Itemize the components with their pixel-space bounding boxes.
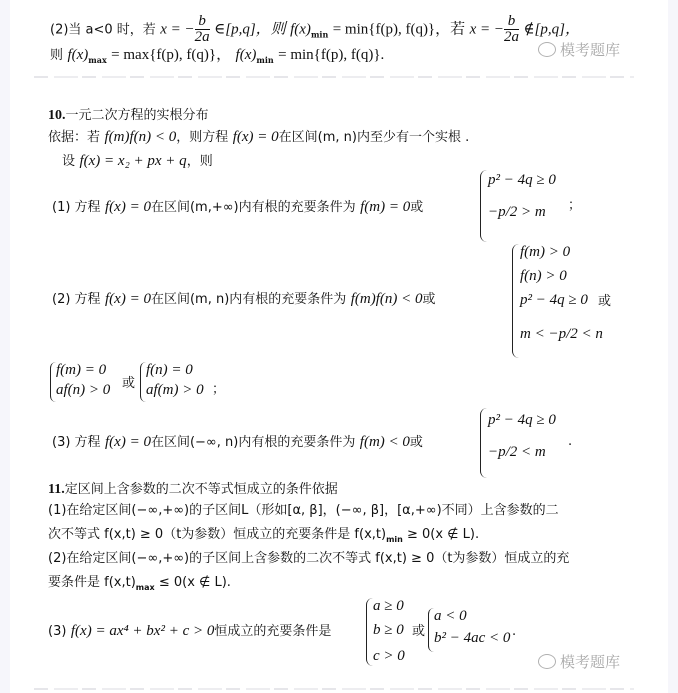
text: 次不等式 f(x,t) ≥ 0（t为参数）恒成立的充要条件是 f(x,t) [48, 527, 386, 542]
text: 在区间(m, n)内有根的充要条件为 [151, 292, 346, 307]
case-row: a ≥ 0 [373, 598, 404, 615]
text: ，则方程 [176, 130, 228, 145]
case-row: f(n) > 0 [520, 268, 567, 285]
numerator: b [195, 14, 210, 30]
section-11-item-1-line-2: 次不等式 f(x,t) ≥ 0（t为参数）恒成立的充要条件是 f(x,t)min… [48, 526, 479, 549]
case-row: f(n) = 0 [146, 362, 193, 379]
or-text: 或 [598, 292, 611, 311]
subscript: max [88, 55, 106, 65]
denominator: 2a [504, 30, 519, 45]
text: . [568, 434, 572, 449]
text: ，则 [187, 154, 213, 169]
end-punct: . [568, 432, 572, 451]
case-row: f(m) > 0 [520, 244, 570, 261]
math: f(x) = ax⁴ + bx² + c > 0 [71, 623, 215, 639]
text: (1) 方程 [52, 200, 101, 215]
math: = min{f(p), f(q)}. [278, 47, 384, 63]
math: x = − [470, 22, 504, 38]
text: (2)在给定区间(−∞,+∞)的子区间上含参数的二次不等式 f(x,t) ≥ 0… [48, 551, 569, 566]
math: f(x) [290, 22, 311, 38]
text: 在区间(−∞, n)内有根的充要条件为 [151, 435, 355, 450]
math: f(x) [236, 47, 257, 63]
text: ≥ 0(x ∉ L). [403, 527, 479, 542]
fraction: b2a [504, 14, 519, 45]
left-brace [366, 598, 373, 666]
case-row: p² − 4q ≥ 0 [488, 172, 556, 189]
case-row: p² − 4q ≥ 0 [488, 412, 556, 429]
or-text: 或 [412, 622, 425, 641]
case-row: af(n) > 0 [56, 382, 110, 399]
math: f(x) [67, 47, 88, 63]
section-title: 一元二次方程的实根分布 [66, 108, 209, 123]
math: f(m)f(n) < 0 [104, 129, 176, 145]
section-11-item-2-line-2: 要条件是 f(x,t)max ≤ 0(x ∉ L). [48, 574, 231, 597]
text: 则 [50, 48, 63, 63]
watermark-label: 模考题库 [560, 651, 620, 672]
section-10-item-1: (1) 方程 f(x) = 0在区间(m,+∞)内有根的充要条件为 f(m) =… [52, 198, 423, 217]
math: ∉[p,q]， [523, 22, 580, 38]
math: f(x) = 0 [105, 199, 151, 215]
math: f(x) = 0 [233, 129, 279, 145]
end-punct: ； [212, 380, 225, 399]
section-10-heading: 10.一元二次方程的实根分布 [48, 106, 209, 125]
wechat-icon [538, 42, 556, 57]
text: 或 [423, 292, 436, 307]
text: . [512, 624, 516, 639]
top-line-2: 则 f(x)max = max{f(p), f(q)}， f(x)min = m… [50, 46, 384, 69]
section-11-heading: 11.定区间上含参数的二次不等式恒成立的条件依据 [48, 480, 338, 499]
top-line-1: (2)当 a<0 时，若 x = −b2a ∈[p,q]，则 f(x)min =… [50, 14, 580, 45]
text: 或 [122, 376, 135, 391]
denominator: 2a [195, 30, 210, 45]
case-row: p² − 4q ≥ 0 [520, 292, 588, 309]
text: 或 [598, 294, 611, 309]
left-brace [512, 244, 519, 358]
case-row: af(m) > 0 [146, 382, 204, 399]
section-10-basis: 依据：若 f(m)f(n) < 0，则方程 f(x) = 0在区间(m, n)内… [48, 128, 469, 147]
text: 或 [412, 624, 425, 639]
math: = max{f(p), f(q)}， [111, 47, 231, 63]
math: f(x) = x₂ + px + q [79, 153, 186, 169]
subscript: min [256, 55, 273, 65]
math: x = − [160, 22, 194, 38]
case-row: a < 0 [434, 608, 467, 625]
math: f(x) = 0 [105, 291, 151, 307]
math: = min{f(p), f(q)}，若 [333, 22, 465, 38]
section-11-item-2-line-1: (2)在给定区间(−∞,+∞)的子区间上含参数的二次不等式 f(x,t) ≥ 0… [48, 550, 569, 568]
text: 要条件是 f(x,t) [48, 575, 136, 590]
divider [34, 76, 634, 78]
end-punct: ； [568, 196, 581, 215]
section-11-item-3: (3) f(x) = ax⁴ + bx² + c > 0恒成立的充要条件是 [48, 622, 331, 641]
case-row: −p/2 > m [488, 204, 546, 221]
subscript: min [311, 30, 328, 40]
case-row: b ≥ 0 [373, 622, 404, 639]
text: 设 [62, 154, 75, 169]
text: (2) 方程 [52, 292, 101, 307]
text: (1)在给定区间(−∞,+∞)的子区间L（形如[α, β]，(−∞, β]，[α… [48, 503, 559, 518]
end-punct: . [512, 622, 516, 641]
or-text: 或 [122, 374, 135, 393]
wechat-icon [538, 654, 556, 669]
case-row: b² − 4ac < 0 [434, 630, 510, 647]
text: (3) 方程 [52, 435, 101, 450]
text: ； [212, 382, 225, 397]
math: f(x) = 0 [105, 434, 151, 450]
math: f(m) < 0 [360, 434, 410, 450]
watermark-top: 模考题库 [538, 39, 620, 60]
case-row: m < −p/2 < n [520, 326, 603, 343]
left-brace [480, 408, 487, 478]
math: ∈[p,q]，则 [214, 22, 286, 38]
text: ≤ 0(x ∉ L). [155, 575, 231, 590]
divider [34, 688, 634, 690]
numerator: b [504, 14, 519, 30]
section-number: 11. [48, 482, 65, 497]
text: 或 [410, 200, 423, 215]
text: 恒成立的充要条件是 [214, 624, 331, 639]
fraction: b2a [195, 14, 210, 45]
subscript: max [136, 583, 155, 592]
section-10-item-2: (2) 方程 f(x) = 0在区间(m, n)内有根的充要条件为 f(m)f(… [52, 290, 436, 309]
subscript: min [386, 535, 403, 544]
case-row: −p/2 < m [488, 444, 546, 461]
section-title: 定区间上含参数的二次不等式恒成立的条件依据 [65, 482, 338, 497]
section-10-item-3: (3) 方程 f(x) = 0在区间(−∞, n)内有根的充要条件为 f(m) … [52, 433, 423, 452]
text: 在区间(m, n)内至少有一个实根 . [279, 130, 470, 145]
math: f(m)f(n) < 0 [351, 291, 423, 307]
left-brace [480, 170, 487, 242]
section-number: 10. [48, 108, 66, 123]
case-row: f(m) = 0 [56, 362, 106, 379]
text: 依据：若 [48, 130, 100, 145]
text: 或 [410, 435, 423, 450]
section-10-setup: 设 f(x) = x₂ + px + q，则 [62, 152, 213, 171]
text: (3) [48, 624, 66, 639]
section-11-item-1-line-1: (1)在给定区间(−∞,+∞)的子区间L（形如[α, β]，(−∞, β]，[α… [48, 502, 559, 520]
watermark-label: 模考题库 [560, 39, 620, 60]
text: (2)当 a<0 时，若 [50, 23, 156, 38]
math: f(m) = 0 [360, 199, 410, 215]
text: 在区间(m,+∞)内有根的充要条件为 [151, 200, 356, 215]
watermark-bottom: 模考题库 [538, 651, 620, 672]
case-row: c > 0 [373, 648, 405, 665]
text: ； [568, 198, 581, 213]
